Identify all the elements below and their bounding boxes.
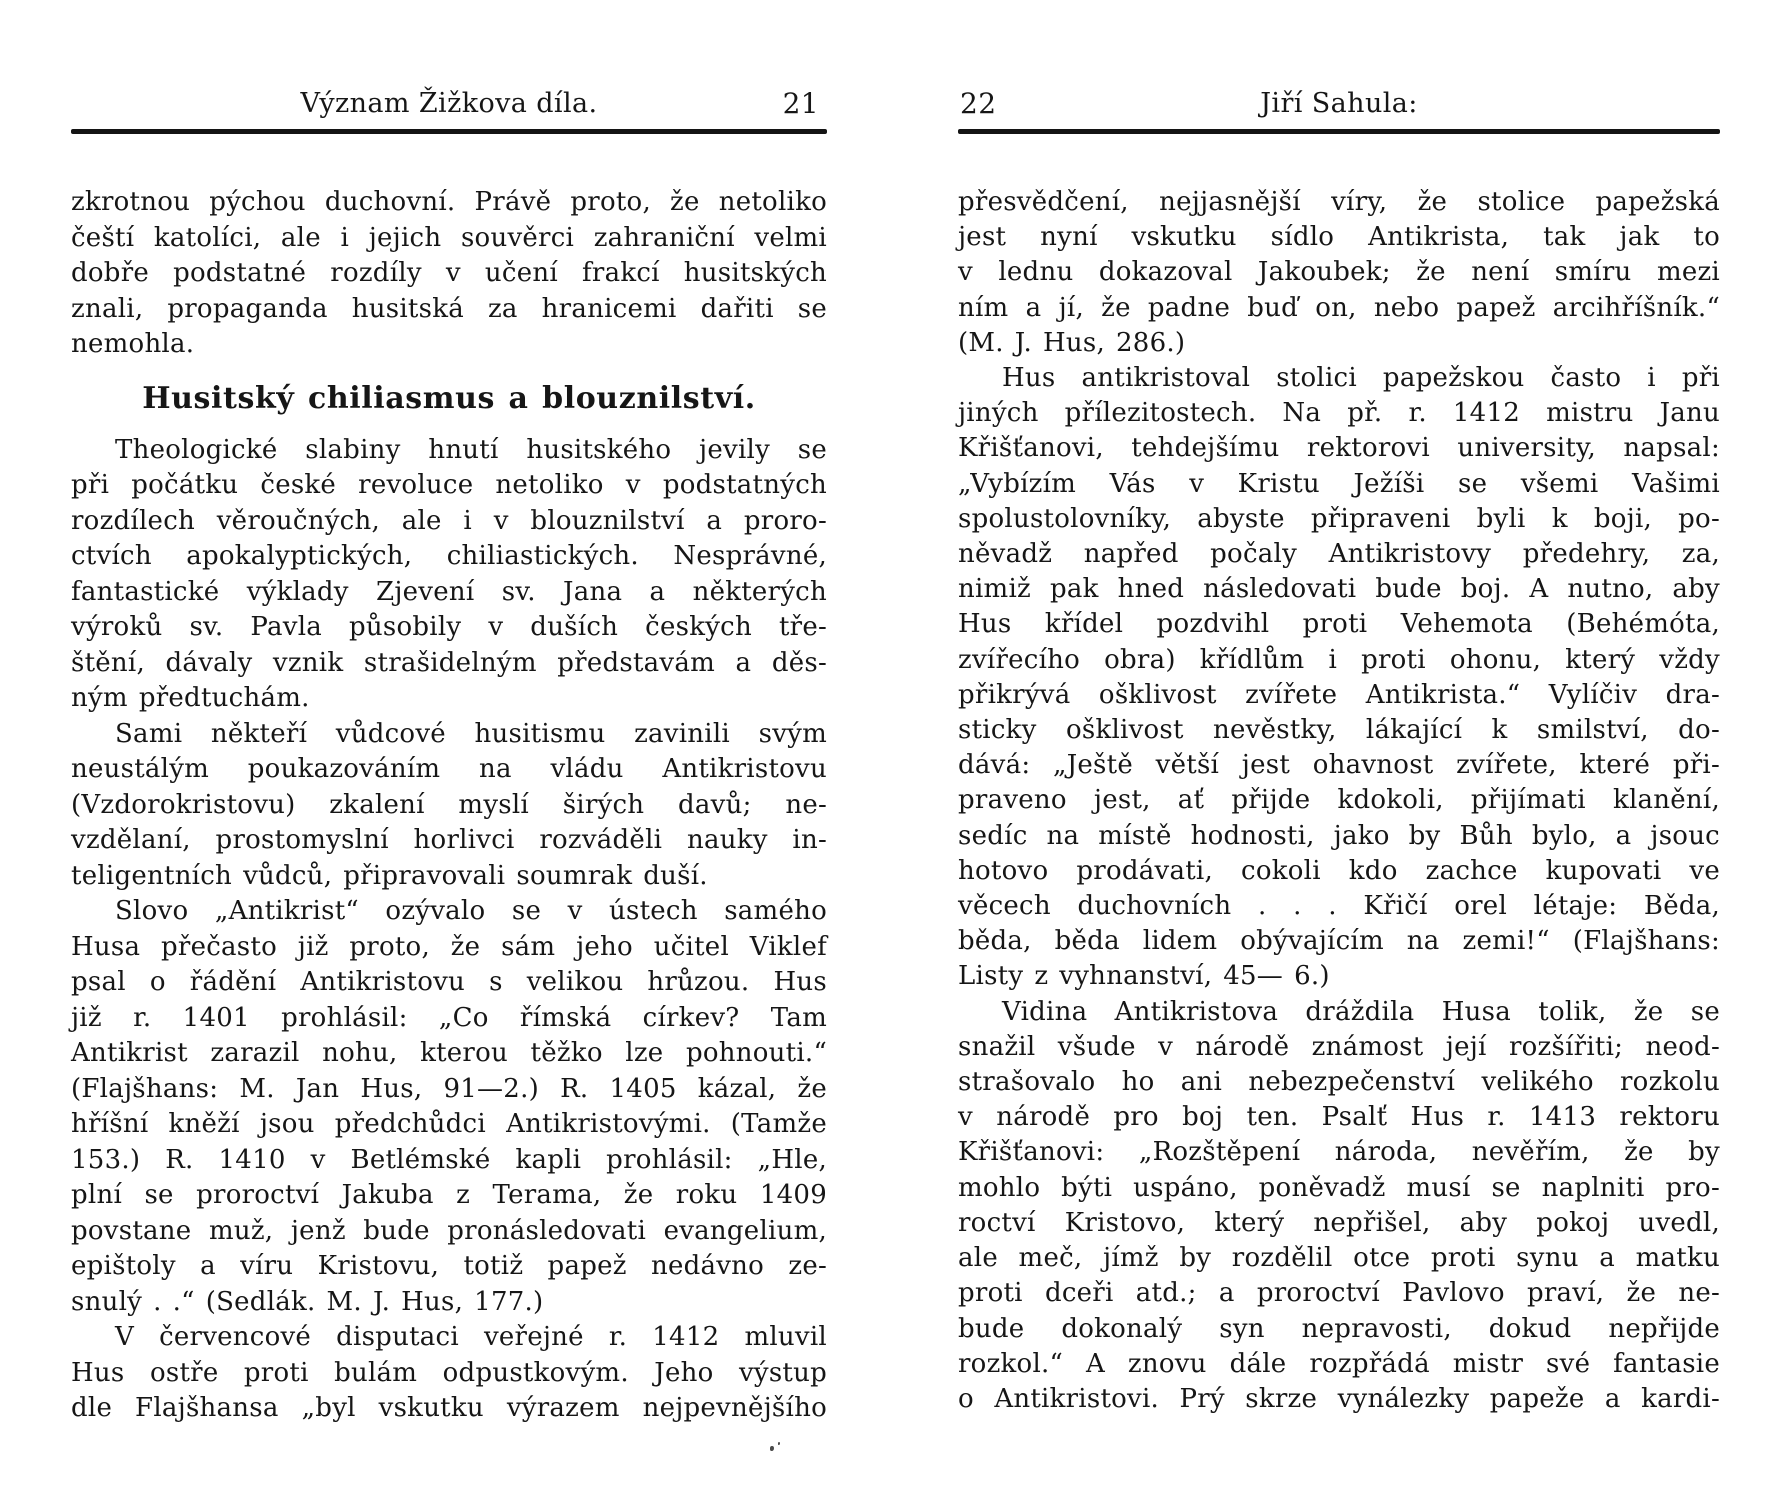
body-text-line: nimiž pak hned následovati bude boj. A n… — [958, 572, 1720, 607]
right-page-text: přesvědčení, nejjasnější víry, že stolic… — [958, 185, 1720, 1417]
body-text-line: Antikrist zarazil nohu, kterou těžko lze… — [71, 1036, 827, 1072]
body-text-line: proti dceři atd.; a proroctví Pavlovo pr… — [958, 1276, 1720, 1311]
body-text-line: (M. J. Hus, 286.) — [958, 326, 1720, 361]
body-text-line: roctví Kristovo, který nepřišel, aby pok… — [958, 1206, 1720, 1241]
left-page-header: Význam Žižkova díla. 21 — [71, 88, 827, 120]
body-text-line: ným předtuchám. — [71, 681, 827, 717]
body-text-line: neustálým poukazováním na vládu Antikris… — [71, 752, 827, 788]
body-text-line: plní se proroctví Jakuba z Terama, že ro… — [71, 1178, 827, 1214]
body-text-line: (Vzdorokristovu) zkalení myslí širých da… — [71, 788, 827, 824]
body-text-line: přikrývá ošklivost zvířete Antikrista.“ … — [958, 678, 1720, 713]
right-page-header: 22 Jiří Sahula: — [958, 88, 1720, 120]
body-text-line: čeští katolíci, ale i jejich souvěrci za… — [71, 221, 827, 257]
body-text-line: dobře podstatné rozdíly v učení frakcí h… — [71, 256, 827, 292]
body-text-line: snulý . .“ (Sedlák. M. J. Hus, 177.) — [71, 1285, 827, 1321]
body-text-line: vzdělaní, prostomyslní horlivci rozváděl… — [71, 823, 827, 859]
body-text-line: jiných přílezitostech. Na př. r. 1412 mi… — [958, 396, 1720, 431]
body-text-line: Hus antikristoval stolici papežskou čast… — [958, 361, 1720, 396]
body-text-line: při počátku české revoluce netoliko v po… — [71, 468, 827, 504]
body-text-line: spolustolovníky, abyste připraveni byli … — [958, 502, 1720, 537]
body-text-line: Hus křídel pozdvihl proti Vehemota (Behé… — [958, 607, 1720, 642]
body-text-line: sedíc na místě hodnosti, jako by Bůh byl… — [958, 819, 1720, 854]
body-text-line: hotovo prodávati, cokoli kdo zachce kupo… — [958, 854, 1720, 889]
body-text-line: epištoly a víru Kristovu, totiž papež ne… — [71, 1249, 827, 1285]
body-text-line: nemohla. — [71, 327, 827, 363]
body-text-line: Husa přečasto již proto, že sám jeho uči… — [71, 930, 827, 966]
body-text-line: výroků sv. Pavla působily v duších český… — [71, 610, 827, 646]
body-text-line: teligentních vůdců, připravovali soumrak… — [71, 859, 827, 895]
body-text-line: V červencové disputaci veřejné r. 1412 m… — [71, 1320, 827, 1356]
body-text-line: ctvích apokalyptických, chiliastických. … — [71, 539, 827, 575]
body-text-line: povstane muž, jenž bude pronásledovati e… — [71, 1214, 827, 1250]
body-text-line: Theologické slabiny hnutí husitského jev… — [71, 433, 827, 469]
left-page-text: zkrotnou pýchou duchovní. Právě proto, ž… — [71, 185, 827, 1427]
body-text-line: sticky ošklivost nevěstky, lákající k sm… — [958, 713, 1720, 748]
body-text-line: ním a jí, že padne buď on, nebo papež ar… — [958, 291, 1720, 326]
body-text-line: rozkol.“ A znovu dále rozpřádá mistr své… — [958, 1347, 1720, 1382]
body-text-line: Křišťanovi: „Rozštěpení národa, nevěřím,… — [958, 1135, 1720, 1170]
section-heading: Husitský chiliasmus a blouznilství. — [71, 377, 827, 421]
body-text-line: o Antikristovi. Prý skrze vynálezky pape… — [958, 1382, 1720, 1417]
body-text-line: přesvědčení, nejjasnější víry, že stolic… — [958, 185, 1720, 220]
body-text-line: Sami někteří vůdcové husitismu zavinili … — [71, 717, 827, 753]
body-text-line: Slovo „Antikrist“ ozývalo se v ústech sa… — [71, 894, 827, 930]
body-text-line: v národě pro boj ten. Psalť Hus r. 1413 … — [958, 1100, 1720, 1135]
body-text-line: 153.) R. 1410 v Betlémské kapli prohlási… — [71, 1143, 827, 1179]
body-text-line: dává: „Ještě větší jest ohavnost zvířete… — [958, 748, 1720, 783]
body-text-line: (Flajšhans: M. Jan Hus, 91—2.) R. 1405 k… — [71, 1072, 827, 1108]
body-text-line: Křišťanovi, tehdejšímu rektorovi univers… — [958, 431, 1720, 466]
body-text-line: hříšní kněží jsou předchůdci Antikristov… — [71, 1107, 827, 1143]
body-text-line: již r. 1401 prohlásil: „Co římská církev… — [71, 1001, 827, 1037]
left-page-running-title: Význam Žižkova díla. — [71, 88, 827, 120]
body-text-line: věcech duchovních . . . Křičí orel létaj… — [958, 889, 1720, 924]
body-text-line: „Vybízím Vás v Kristu Ježíši se všemi Va… — [958, 467, 1720, 502]
body-text-line: znali, propaganda husitská za hranicemi … — [71, 292, 827, 328]
body-text-line: rozdílech věroučných, ale i v blouznilst… — [71, 504, 827, 540]
body-text-line: ale meč, jímž by rozdělil otce proti syn… — [958, 1241, 1720, 1276]
body-text-line: Vidina Antikristova dráždila Husa tolik,… — [958, 995, 1720, 1030]
right-header-rule — [958, 129, 1720, 134]
body-text-line: Hus ostře proti bulám odpustkovým. Jeho … — [71, 1356, 827, 1392]
body-text-line: snažil všude v národě známost její rozší… — [958, 1030, 1720, 1065]
body-text-line: dle Flajšhansa „byl vskutku výrazem nejp… — [71, 1391, 827, 1427]
body-text-line: štění, dávaly vznik strašidelným předsta… — [71, 646, 827, 682]
body-text-line: bude dokonalý syn nepravosti, dokud nepř… — [958, 1312, 1720, 1347]
left-page-number: 21 — [783, 88, 819, 120]
book-spread: Význam Žižkova díla. 21 zkrotnou pýchou … — [0, 0, 1776, 1500]
body-text-line: něvadž napřed počaly Antikristovy předeh… — [958, 537, 1720, 572]
body-text-line: jest nyní vskutku sídlo Antikrista, tak … — [958, 220, 1720, 255]
body-text-line: praveno jest, ať přijde kdokoli, přijíma… — [958, 783, 1720, 818]
body-text-line: zvířecího obra) křídlům i proti ohonu, k… — [958, 643, 1720, 678]
body-text-line: strašovalo ho ani nebezpečenství velikéh… — [958, 1065, 1720, 1100]
body-text-line: psal o řádění Antikristovu s velikou hrů… — [71, 965, 827, 1001]
left-page: Význam Žižkova díla. 21 zkrotnou pýchou … — [71, 88, 827, 1427]
body-text-line: mohlo býti uspáno, poněvadž musí se napl… — [958, 1171, 1720, 1206]
right-page-running-title: Jiří Sahula: — [958, 88, 1720, 120]
body-text-line: zkrotnou pýchou duchovní. Právě proto, ž… — [71, 185, 827, 221]
ink-speck-artifact — [770, 1446, 774, 1451]
body-text-line: v lednu dokazoval Jakoubek; že není smír… — [958, 255, 1720, 290]
body-text-line: Listy z vyhnanství, 45— 6.) — [958, 959, 1720, 994]
body-text-line: fantastické výklady Zjevení sv. Jana a n… — [71, 575, 827, 611]
right-page-number: 22 — [960, 88, 996, 120]
body-text-line: běda, běda lidem obývajícím na zemi!“ (F… — [958, 924, 1720, 959]
left-header-rule — [71, 129, 827, 134]
right-page: 22 Jiří Sahula: přesvědčení, nejjasnější… — [958, 88, 1720, 1417]
